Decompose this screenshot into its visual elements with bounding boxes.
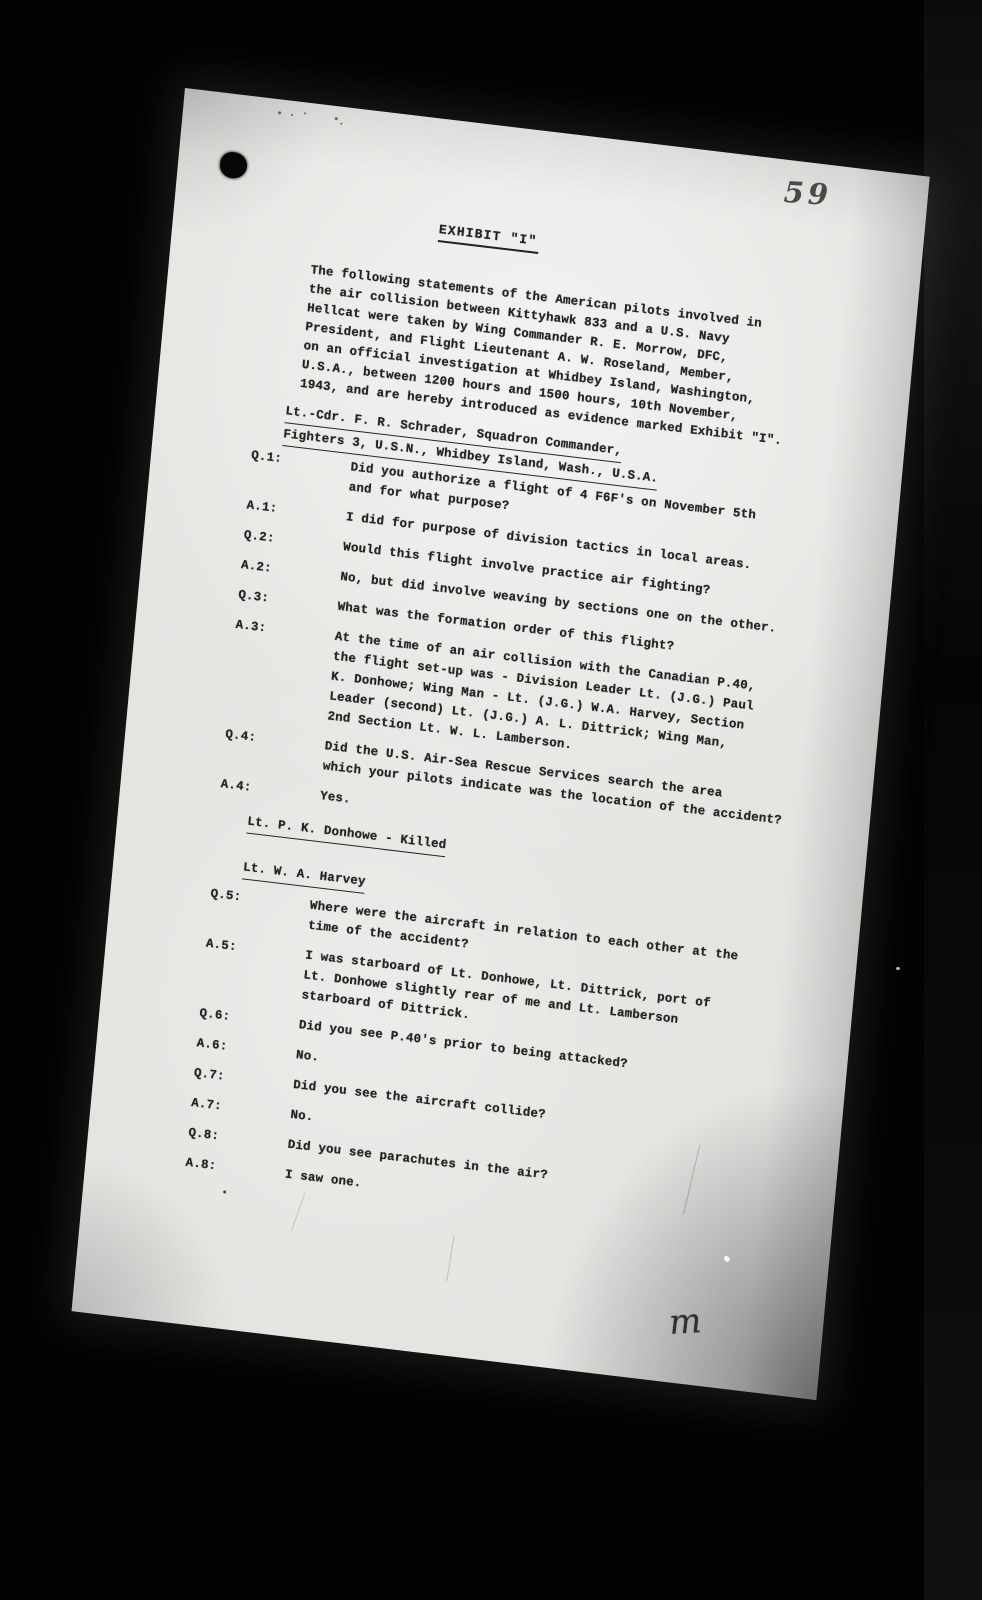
text-line: No. [295, 1045, 320, 1068]
text-line: No. [290, 1105, 315, 1128]
qa-label: Q.8: [188, 1123, 289, 1155]
qa-label: Q.1: [249, 445, 352, 497]
qa-label: A.1: [246, 495, 347, 527]
qa-label: Q.3: [237, 585, 338, 617]
qa-label: Q.2: [243, 525, 344, 557]
paper-scratches [185, 88, 930, 177]
handwritten-mark: m [667, 1301, 703, 1343]
document-page: 59 EXHIBIT "I" The following statements … [72, 88, 930, 1400]
qa-label: Q.5: [208, 884, 311, 936]
qa-label: A.3: [227, 615, 336, 726]
qa-label: Q.6: [199, 1003, 300, 1035]
handwritten-page-number: 59 [783, 175, 833, 212]
punch-hole-mark [219, 151, 248, 180]
qa-text: I saw one. [284, 1165, 362, 1194]
qa-label: A.6: [196, 1033, 297, 1065]
qa-label: A.5: [201, 934, 306, 1006]
paper-fleck [723, 1255, 731, 1262]
scanned-document-photo: 59 EXHIBIT "I" The following statements … [0, 0, 982, 1600]
paper-specks [185, 88, 930, 177]
qa-label: Q.7: [193, 1063, 294, 1095]
section-heading: Lt. P. K. Donhowe - Killed [246, 812, 447, 858]
scanner-light-band [924, 0, 982, 1600]
qa-text: Yes. [319, 786, 351, 810]
section-heading: Lt. W. A. Harvey [242, 857, 366, 894]
qa-label: A.2: [240, 555, 341, 587]
qa-label: Q.4: [223, 724, 326, 776]
qa-text: No. [290, 1105, 315, 1128]
qa-text: No. [295, 1045, 320, 1068]
dust-speck [896, 967, 900, 970]
exhibit-title: EXHIBIT "I" [438, 222, 540, 254]
qa-label: A.4: [220, 774, 321, 806]
text-line: I saw one. [284, 1165, 362, 1194]
stray-ink-dot [223, 1190, 226, 1193]
qa-label: A.7: [190, 1093, 291, 1125]
text-line: Yes. [319, 786, 351, 810]
qa-transcript: Q.1:Did you authorize a flight of 4 F6F'… [85, 434, 897, 1250]
qa-label: A.8: [185, 1153, 286, 1185]
